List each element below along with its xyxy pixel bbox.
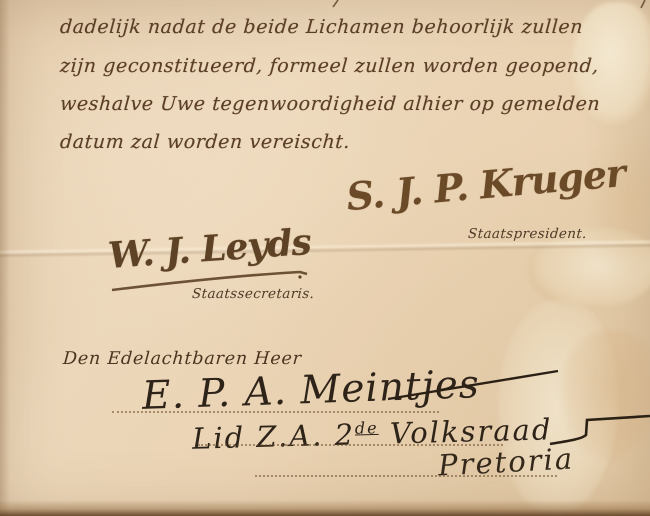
leyds-flourish-dot <box>298 275 301 278</box>
body-line-2: zijn geconstitueerd, formeel zullen word… <box>59 55 600 77</box>
scanned-letter-page: dadelijk nadat de beide Lichamen behoorl… <box>0 0 650 516</box>
stain-bottom-right-warm <box>560 330 650 460</box>
body-line-3: weshalve Uwe tegenwoordigheid alhier op … <box>59 93 601 115</box>
page-left-edge-shadow <box>0 0 10 516</box>
dotted-rule-role <box>198 444 503 446</box>
volksraad-tail-flourish <box>550 416 650 444</box>
stain-bottom-right-pale <box>498 300 618 515</box>
signature-staatspresident: S. J. P. Kruger <box>345 150 627 219</box>
body-line-1: dadelijk nadat de beide Lichamen behoorl… <box>59 16 584 38</box>
address-role-ordinal: de <box>355 418 379 438</box>
signature-staatssecretaris: W. J. Leyds <box>107 221 312 277</box>
cutoff-line-mark-left <box>333 0 338 7</box>
page-bottom-edge <box>0 500 650 516</box>
label-staatssecretaris: Staatssecretaris. <box>191 286 314 302</box>
body-line-4: datum zal worden vereischt. <box>59 131 351 153</box>
dotted-rule-city <box>255 475 557 477</box>
label-staatspresident: Staatspresident. <box>467 226 587 242</box>
dotted-rule-name <box>112 411 439 413</box>
stain-right-rim <box>588 120 650 280</box>
address-role-prefix: Lid Z.A. 2 <box>192 417 356 455</box>
address-salutation: Den Edelachtbaren Heer <box>62 349 302 369</box>
cutoff-line-mark-right <box>641 0 645 8</box>
